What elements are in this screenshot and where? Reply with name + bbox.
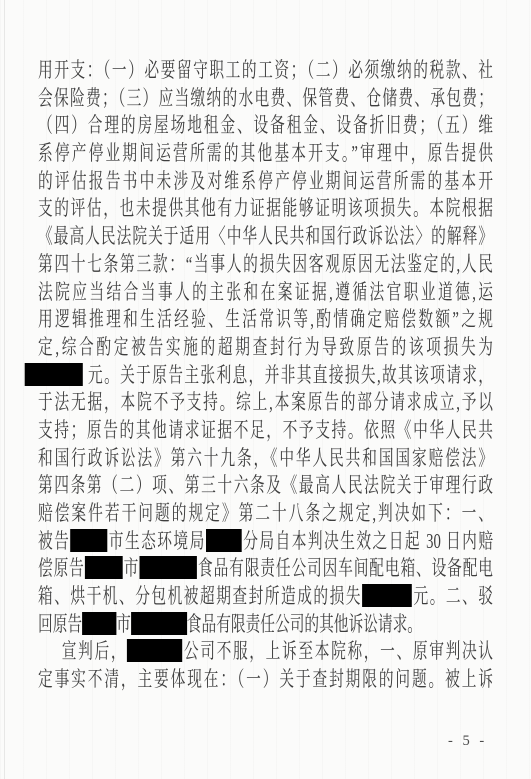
line-text: 于法无据，本院不予支持。综上,本案原告的部分请求成立,予以 xyxy=(38,390,493,414)
scan-edge-line xyxy=(4,0,5,779)
text-line: 法院应当结合当事人的主张和在案证据,遵循法官职业道德,运 xyxy=(38,279,493,307)
line-text: 系停产停业期间运营所需的其他基本开支。”审理中，原告提供 xyxy=(38,141,493,165)
line-text: 和国行政诉讼法》第六十九条，《中华人民共和国国家赔偿法》 xyxy=(38,446,493,470)
line-text: 分局自本判决生效之日起 30 日内赔 xyxy=(242,529,493,553)
line-text: 偿原告 xyxy=(38,556,85,580)
text-line: 第四十七条第三款：“当事人的损失因客观原因无法鉴定的,人民 xyxy=(38,251,493,279)
line-text: 定事实不清，主要体现在：（一）关于查封期限的问题。被上诉 xyxy=(38,667,493,691)
text-line: 被告市生态环境局分局自本判决生效之日起 30 日内赔 xyxy=(38,528,493,556)
redaction-box xyxy=(127,639,182,662)
text-line: 元。关于原告主张利息，并非其直接损失,故其该项请求， xyxy=(38,362,493,390)
text-line: 赔偿案件若干问题的规定》第二十八条之规定,判决如下：一、 xyxy=(38,500,493,528)
text-line: 支持；原告的其他请求证据不足，不予支持。依照《中华人民共 xyxy=(38,417,493,445)
redaction-box xyxy=(362,584,412,607)
line-text: 箱、烘干机、分包机被超期查封所造成的损失 xyxy=(38,584,362,608)
text-line: 用逻辑推理和生活经验、生活常识等,酌情确定赔偿数额”之规 xyxy=(38,306,493,334)
line-text: 市 xyxy=(123,556,139,580)
line-text: 用逻辑推理和生活经验、生活常识等,酌情确定赔偿数额”之规 xyxy=(38,307,493,331)
line-text: 定,综合酌定被告实施的超期查封行为导致原告的该项损失为 xyxy=(38,335,493,359)
line-text: 市 xyxy=(116,612,131,636)
text-line: 会保险费；（三）应当缴纳的水电费、保管费、仓储费、承包费； xyxy=(38,85,493,113)
redaction-box xyxy=(82,612,116,635)
line-text: 支的评估，也未提供其他有力证据能够证明该项损失。本院根据 xyxy=(38,196,493,220)
line-text: 《最高人民法院关于适用〈中华人民共和国行政诉讼法〉的解释》 xyxy=(38,224,493,248)
line-text: 法院应当结合当事人的主张和在案证据,遵循法官职业道德,运 xyxy=(38,280,493,304)
redaction-box xyxy=(25,363,83,386)
line-text: 回原告 xyxy=(38,612,82,636)
text-line: 定,综合酌定被告实施的超期查封行为导致原告的该项损失为 xyxy=(38,334,493,362)
line-text: 赔偿案件若干问题的规定》第二十八条之规定,判决如下：一、 xyxy=(38,501,493,525)
line-text: 用开支：（一）必要留守职工的工资；（二）必须缴纳的税款、社 xyxy=(38,58,493,82)
text-line: 定事实不清，主要体现在：（一）关于查封期限的问题。被上诉 xyxy=(38,666,493,694)
line-text: 支持；原告的其他请求证据不足，不予支持。依照《中华人民共 xyxy=(38,418,493,442)
text-line: 和国行政诉讼法》第六十九条，《中华人民共和国国家赔偿法》 xyxy=(38,445,493,473)
line-text: 会保险费；（三）应当缴纳的水电费、保管费、仓储费、承包费； xyxy=(38,86,493,110)
redaction-box xyxy=(131,612,187,635)
line-text: 食品有限责任公司因车间配电箱、设备配电 xyxy=(197,556,493,580)
text-line: 回原告市食品有限责任公司的其他诉讼请求。 xyxy=(38,611,493,639)
line-text: 被告 xyxy=(38,529,70,553)
line-text: 食品有限责任公司的其他诉讼请求。 xyxy=(187,612,422,636)
redaction-box xyxy=(70,529,107,552)
document-page: 用开支：（一）必要留守职工的工资；（二）必须缴纳的税款、社会保险费；（三）应当缴… xyxy=(0,0,531,779)
line-text: 公司不服，上诉至本院称，一、原审判决认 xyxy=(182,639,493,663)
line-text: 元。二、驳 xyxy=(412,584,493,608)
text-line: 系停产停业期间运营所需的其他基本开支。”审理中，原告提供 xyxy=(38,140,493,168)
text-line: 的评估报告书中未涉及对维系停产停业期间运营所需的基本开 xyxy=(38,168,493,196)
text-line: （四）合理的房屋场地租金、设备租金、设备折旧费；（五）维 xyxy=(38,112,493,140)
text-line: 宣判后，公司不服，上诉至本院称，一、原审判决认 xyxy=(38,638,493,666)
line-text: 元。关于原告主张利息，并非其直接损失,故其该项请求， xyxy=(83,363,493,387)
line-text: 宣判后， xyxy=(62,639,127,663)
text-block: 用开支：（一）必要留守职工的工资；（二）必须缴纳的税款、社会保险费；（三）应当缴… xyxy=(38,57,493,694)
text-line: 于法无据，本院不予支持。综上,本案原告的部分请求成立,予以 xyxy=(38,389,493,417)
text-line: 《最高人民法院关于适用〈中华人民共和国行政诉讼法〉的解释》 xyxy=(38,223,493,251)
line-text: 的评估报告书中未涉及对维系停产停业期间运营所需的基本开 xyxy=(38,169,493,193)
redaction-box xyxy=(139,556,197,579)
text-line: 用开支：（一）必要留守职工的工资；（二）必须缴纳的税款、社 xyxy=(38,57,493,85)
text-line: 支的评估，也未提供其他有力证据能够证明该项损失。本院根据 xyxy=(38,195,493,223)
page-number: - 5 - xyxy=(448,733,487,750)
line-text: 市生态环境局 xyxy=(107,529,205,553)
redaction-box xyxy=(85,556,123,579)
redaction-box xyxy=(206,529,242,552)
text-line: 第四条第（二）项、第三十六条及《最高人民法院关于审理行政 xyxy=(38,472,493,500)
text-line: 箱、烘干机、分包机被超期查封所造成的损失元。二、驳 xyxy=(38,583,493,611)
line-text: 第四条第（二）项、第三十六条及《最高人民法院关于审理行政 xyxy=(38,473,493,497)
text-line: 偿原告市食品有限责任公司因车间配电箱、设备配电 xyxy=(38,555,493,583)
line-text: 第四十七条第三款：“当事人的损失因客观原因无法鉴定的,人民 xyxy=(38,252,493,276)
line-text: （四）合理的房屋场地租金、设备租金、设备折旧费；（五）维 xyxy=(38,113,493,137)
